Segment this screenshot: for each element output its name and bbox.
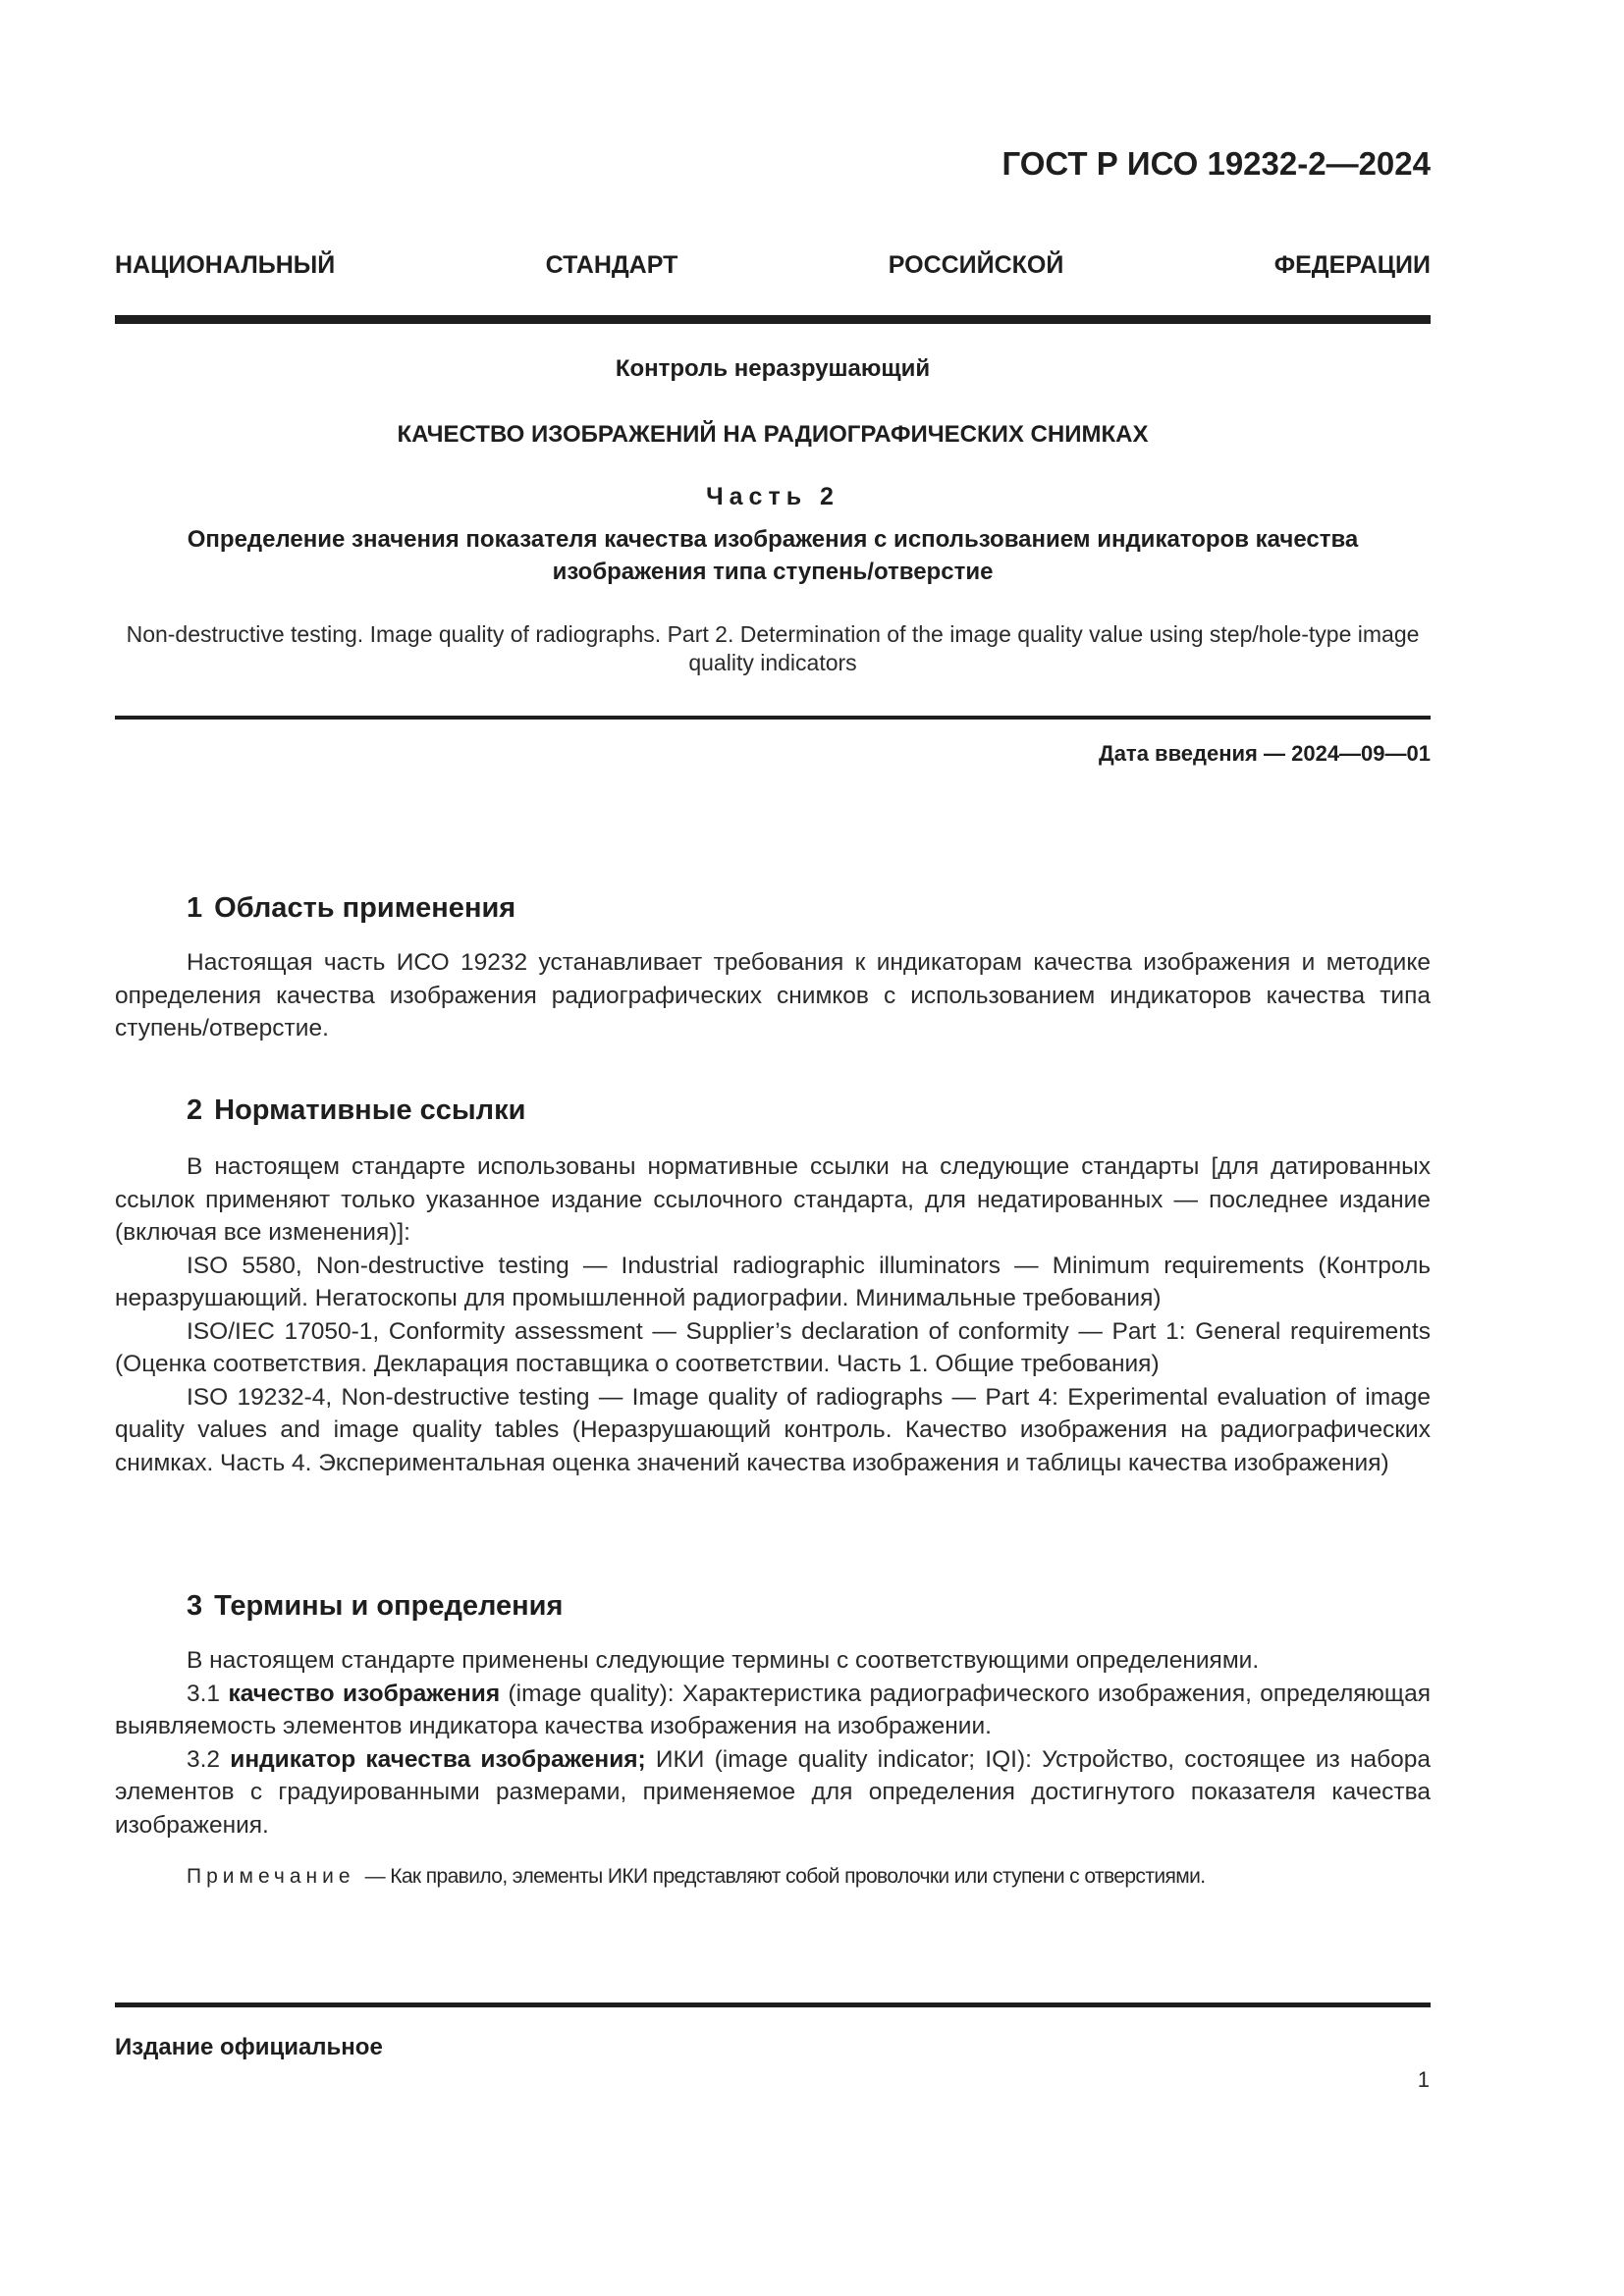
section-heading-1: 1Область применения — [187, 892, 515, 925]
section-3-body: В настоящем стандарте применены следующи… — [115, 1644, 1431, 1842]
title-part: Часть 2 — [115, 483, 1431, 511]
term-number: 3.2 — [187, 1746, 220, 1773]
note-label: Примечание — [187, 1865, 355, 1888]
section-number: 1 — [187, 892, 202, 924]
effective-date: Дата введения — 2024—09—01 — [1099, 741, 1431, 767]
section-title: Область применения — [214, 892, 515, 924]
reference-item: ISO/IEC 17050-1, Conformity assessment —… — [115, 1315, 1431, 1381]
title-description: Определение значения показателя качества… — [115, 523, 1431, 588]
term-name: индикатор качества изображения; — [230, 1746, 645, 1773]
title-english: Non-destructive testing. Image quality o… — [115, 620, 1431, 677]
section-heading-3: 3Термины и определения — [187, 1590, 563, 1623]
page-number: 1 — [1418, 2067, 1430, 2093]
section-2-body: В настоящем стандарте использованы норма… — [115, 1150, 1431, 1479]
title-divider — [115, 716, 1431, 720]
header-divider — [115, 315, 1431, 324]
title-subtitle: Контроль неразрушающий — [115, 355, 1431, 383]
paragraph: В настоящем стандарте использованы норма… — [115, 1150, 1431, 1250]
document-code: ГОСТ Р ИСО 19232-2—2024 — [1001, 145, 1431, 183]
national-standard-banner: НАЦИОНАЛЬНЫЙ СТАНДАРТ РОССИЙСКОЙ ФЕДЕРАЦ… — [115, 251, 1431, 280]
footer-divider — [115, 2002, 1431, 2007]
section-number: 2 — [187, 1095, 202, 1126]
term-definition: 3.2 индикатор качества изображения; ИКИ … — [115, 1743, 1431, 1842]
term-number: 3.1 — [187, 1681, 220, 1707]
title-main: КАЧЕСТВО ИЗОБРАЖЕНИЙ НА РАДИОГРАФИЧЕСКИХ… — [115, 421, 1431, 449]
reference-item: ISO 5580, Non-destructive testing — Indu… — [115, 1250, 1431, 1315]
note-text: — Как правило, элементы ИКИ представляют… — [365, 1865, 1206, 1888]
term-definition: 3.1 качество изображения (image quality)… — [115, 1678, 1431, 1743]
note: Примечание— Как правило, элементы ИКИ пр… — [187, 1865, 1431, 1889]
official-edition: Издание официальное — [115, 2034, 383, 2061]
section-title: Термины и определения — [214, 1590, 563, 1622]
paragraph: В настоящем стандарте применены следующи… — [115, 1644, 1431, 1678]
section-number: 3 — [187, 1590, 202, 1622]
section-heading-2: 2Нормативные ссылки — [187, 1095, 525, 1127]
section-1-body: Настоящая часть ИСО 19232 устанавливает … — [115, 946, 1431, 1045]
term-name: качество изображения — [228, 1681, 500, 1707]
section-title: Нормативные ссылки — [214, 1095, 525, 1126]
paragraph: Настоящая часть ИСО 19232 устанавливает … — [115, 946, 1431, 1045]
reference-item: ISO 19232-4, Non-destructive testing — I… — [115, 1381, 1431, 1480]
